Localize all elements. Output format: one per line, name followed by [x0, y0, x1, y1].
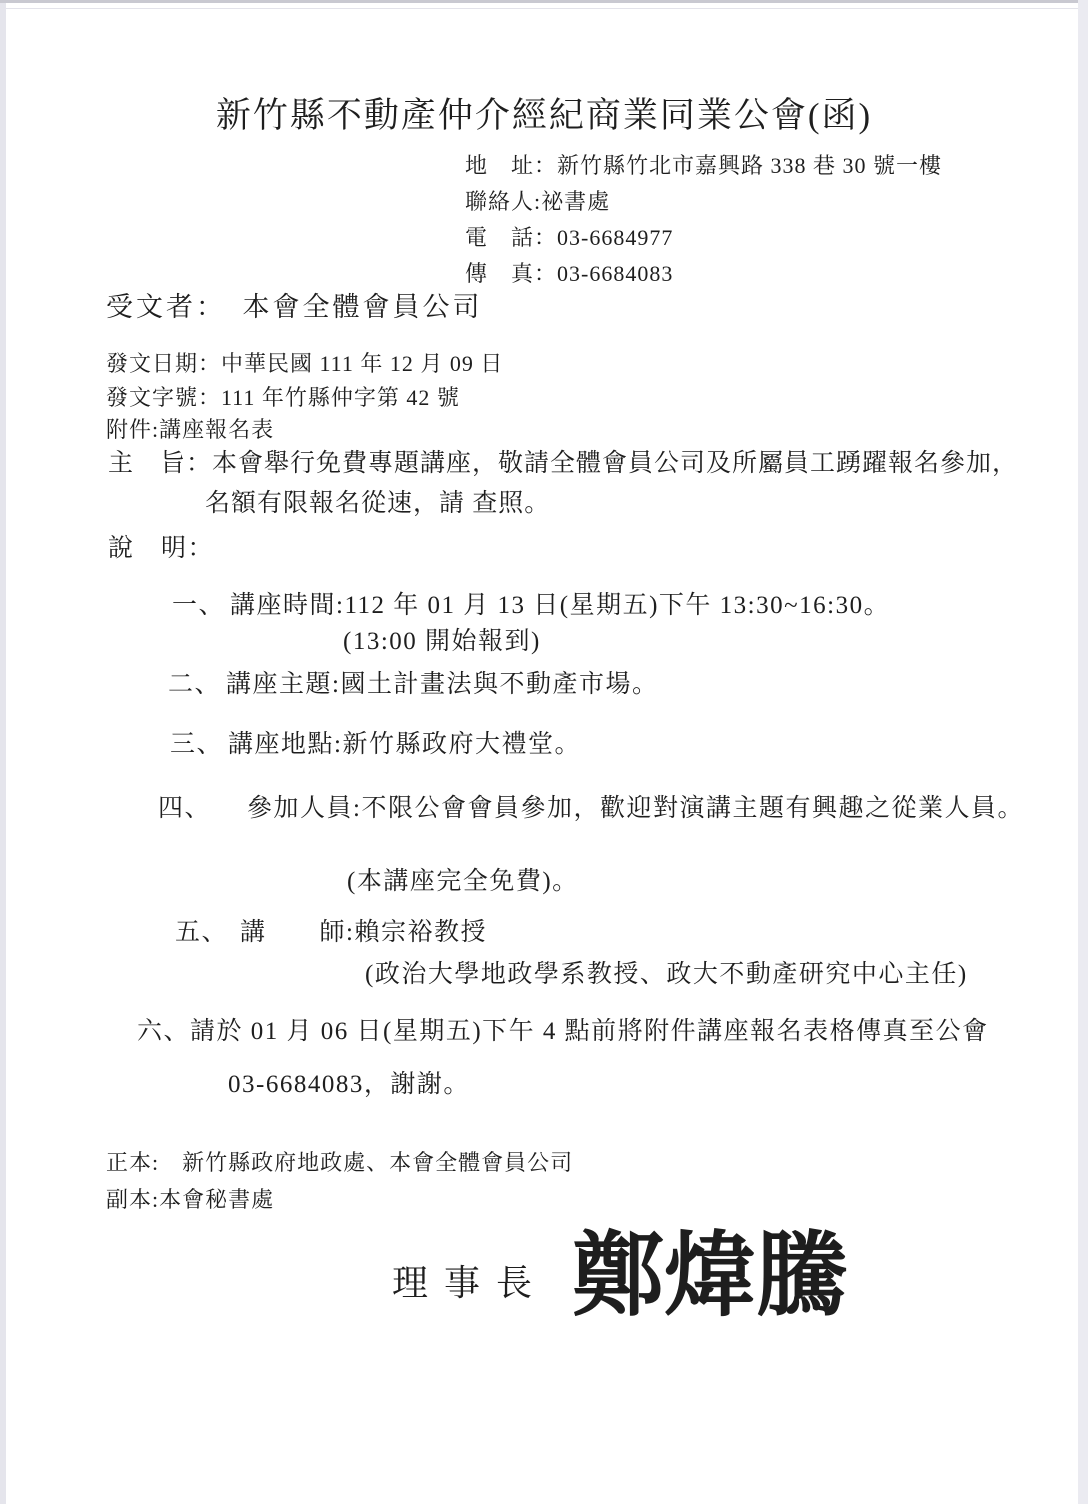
subject-line-1: 主 旨：本會舉行免費專題講座，敬請全體會員公司及所屬員工踴躍報名參加，	[108, 450, 1018, 479]
letterhead-phone: 電 話：03-6684977	[465, 225, 673, 250]
item-3-text: 講座地點:新竹縣政府大禮堂。	[228, 731, 581, 760]
item-3-number: 三、	[170, 731, 223, 760]
item-6-number: 六、	[137, 1018, 190, 1047]
issue-date-line: 發文日期：中華民國 111 年 12 月 09 日	[106, 351, 503, 376]
scan-edge-right	[1078, 0, 1088, 1504]
letterhead-fax: 傳 真：03-6684083	[465, 261, 673, 286]
item-1-text: 講座時間:112 年 01 月 13 日(星期五)下午 13:30~16:30。	[230, 592, 890, 621]
subject-line-2: 名額有限報名從速，請 查照。	[205, 490, 550, 519]
item-6-text: 請於 01 月 06 日(星期五)下午 4 點前將附件講座報名表格傳真至公會	[190, 1018, 989, 1047]
original-copy-line: 正本: 新竹縣政府地政處、本會全體會員公司	[106, 1150, 573, 1175]
item-1-number: 一、	[172, 592, 225, 621]
doc-number-line: 發文字號：111 年竹縣仲字第 42 號	[106, 385, 460, 410]
scan-edge-left	[0, 0, 6, 1504]
item-6-subtext: 03-6684083，謝謝。	[228, 1071, 470, 1100]
scan-edge-shadow	[6, 8, 1080, 9]
item-2-number: 二、	[168, 671, 221, 700]
item-4-subtext: (本講座完全免費)。	[347, 868, 579, 897]
scan-edge-top	[0, 0, 1088, 3]
letterhead-address: 地 址：新竹縣竹北市嘉興路 338 巷 30 號一樓	[465, 153, 942, 178]
item-5-number: 五、	[175, 919, 228, 948]
item-1-subtext: (13:00 開始報到)	[343, 628, 541, 657]
item-4-text: 參加人員:不限公會會員參加，歡迎對演講主題有興趣之從業人員。	[247, 795, 1024, 824]
attachment-line: 附件:講座報名表	[106, 417, 274, 442]
item-2-text: 講座主題:國土計畫法與不動產市場。	[226, 671, 658, 700]
item-5-subtext: (政治大學地政學系教授、政大不動產研究中心主任)	[365, 961, 968, 990]
recipient-line: 受文者： 本會全體會員公司	[106, 292, 483, 323]
scanned-document-page: { "letterhead": { "title": "新竹縣不動產仲介經紀商業…	[0, 0, 1088, 1504]
chairman-name: 鄭煒騰	[572, 1230, 848, 1322]
chairman-title: 理事長	[392, 1263, 548, 1304]
item-4-number: 四、	[158, 795, 211, 824]
letterhead-contact-person: 聯絡人:祕書處	[465, 189, 610, 214]
item-5-text: 講 師:賴宗裕教授	[240, 919, 487, 948]
duplicate-copy-line: 副本:本會秘書處	[106, 1187, 274, 1212]
explanation-heading: 說 明：	[108, 535, 214, 564]
document-title: 新竹縣不動產仲介經紀商業同業公會(函)	[0, 96, 1088, 136]
